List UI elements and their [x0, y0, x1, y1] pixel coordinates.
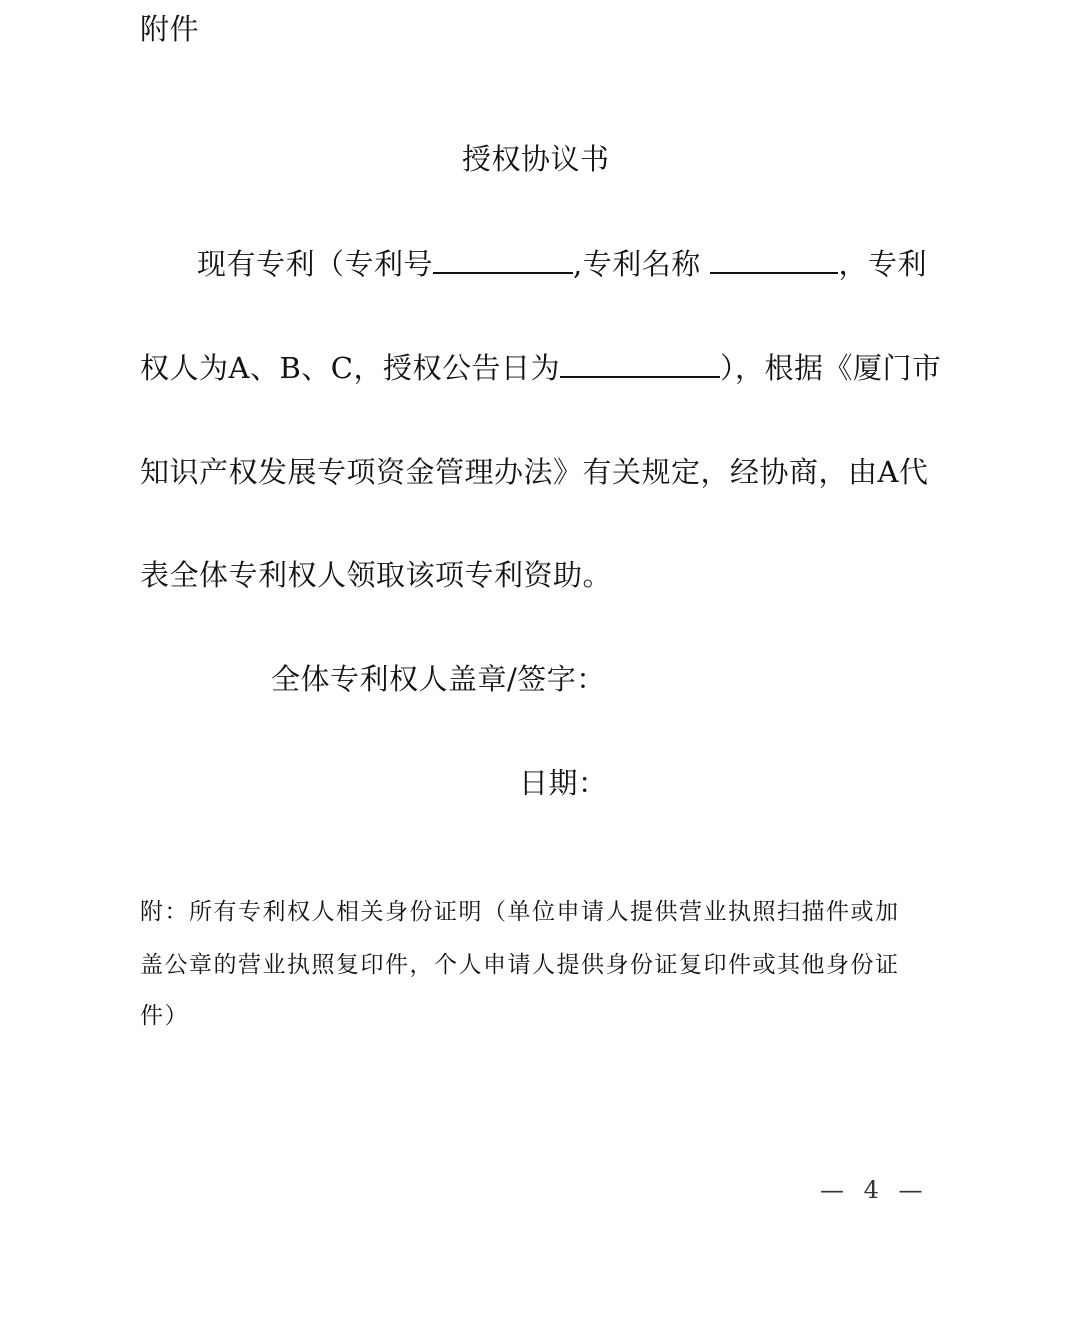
text-patent-number-prefix: 现有专利（专利号 [197, 247, 433, 281]
paragraph-line-2: 权人为A、B、C，授权公告日为），根据《厦门市 [140, 350, 941, 385]
date-label: 日期： [519, 766, 608, 800]
note-line-2: 盖公章的营业执照复印件，个人申请人提供身份证复印件或其他身份证 [140, 951, 900, 979]
patent-number-blank[interactable] [433, 246, 573, 274]
document-title: 授权协议书 [462, 142, 610, 176]
text-patent-name-prefix: ,专利名称 [573, 247, 710, 281]
text-grant-date-prefix: 权人为A、B、C，授权公告日为 [140, 351, 560, 385]
paragraph-line-3: 知识产权发展专项资金管理办法》有关规定，经协商，由A代 [140, 455, 928, 489]
signature-label: 全体专利权人盖章/签字： [271, 662, 606, 696]
text-patent-holder-prefix: ，专利 [838, 247, 927, 281]
paragraph-line-1: 现有专利（专利号,专利名称 ，专利 [197, 246, 927, 281]
page-number: — 4 — [820, 1176, 929, 1204]
attachment-label: 附件 [140, 12, 199, 46]
grant-date-blank[interactable] [560, 350, 720, 378]
note-line-1: 附：所有专利权人相关身份证明（单位申请人提供营业执照扫描件或加 [140, 898, 900, 926]
paragraph-line-4: 表全体专利权人领取该项专利资助。 [140, 558, 612, 592]
patent-name-blank[interactable] [710, 246, 838, 274]
note-line-3: 件） [140, 1002, 189, 1030]
text-regulation-ref: ），根据《厦门市 [720, 351, 942, 385]
